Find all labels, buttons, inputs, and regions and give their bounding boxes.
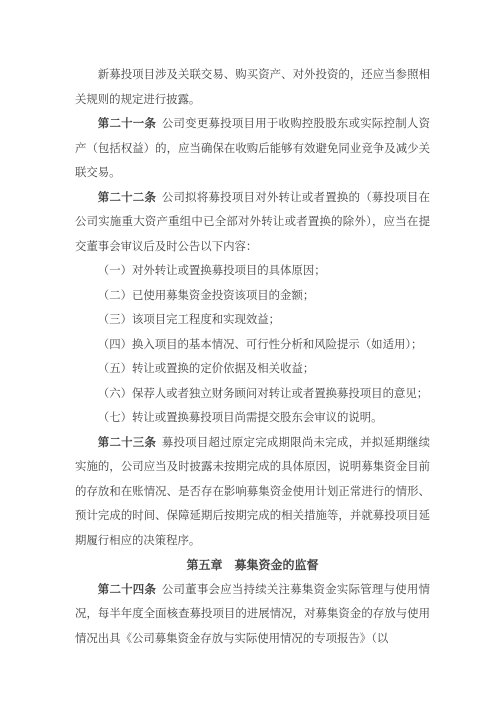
document-page: 新募投项目涉及关联交易、购买资产、对外投资的，还应当参照相关规则的规定进行披露。… (0, 0, 500, 707)
list-item-text: （三）该项目完工程度和实现效益； (98, 314, 280, 326)
list-item-text: （七）转让或置换募投项目尚需提交股东会审议的说明。 (98, 412, 383, 424)
list-item: （四）换入项目的基本情况、可行性分析和风险提示（如适用）； (75, 333, 430, 358)
article-number: 第二十三条 (98, 437, 156, 449)
article-paragraph: 第二十一条公司变更募投项目用于收购控股股东或实际控制人资产（包括权益）的，应当确… (75, 112, 430, 186)
list-item: （三）该项目完工程度和实现效益； (75, 308, 430, 333)
chapter-heading-text: 第五章 募集资金的监督 (186, 558, 318, 572)
list-item-text: （二）已使用募集资金投资该项目的金额； (98, 290, 314, 302)
list-item-text: （六）保荐人或者独立财务顾问对转让或者置换募投项目的意见； (98, 388, 428, 400)
paragraph-text: 新募投项目涉及关联交易、购买资产、对外投资的，还应当参照相关规则的规定进行披露。 (75, 69, 430, 106)
list-item-text: （一）对外转让或置换募投项目的具体原因； (98, 265, 326, 277)
list-item: （六）保荐人或者独立财务顾问对转让或者置换募投项目的意见； (75, 382, 430, 407)
list-item: （二）已使用募集资金投资该项目的金额； (75, 284, 430, 309)
document-content: 新募投项目涉及关联交易、购买资产、对外投资的，还应当参照相关规则的规定进行披露。… (75, 63, 430, 651)
article-number: 第二十四条 (98, 584, 156, 596)
article-paragraph: 第二十四条公司董事会应当持续关注募集资金实际管理与使用情况，每半年度全面核查募投… (75, 578, 430, 652)
list-item: （七）转让或置换募投项目尚需提交股东会审议的说明。 (75, 406, 430, 431)
list-item: （五）转让或置换的定价依据及相关收益； (75, 357, 430, 382)
paragraph: 新募投项目涉及关联交易、购买资产、对外投资的，还应当参照相关规则的规定进行披露。 (75, 63, 430, 112)
article-number: 第二十二条 (98, 192, 156, 204)
article-text: 募投项目超过原定完成期限尚未完成，并拟延期继续实施的，公司应当及时披露未按期完成… (75, 437, 430, 547)
article-number: 第二十一条 (98, 118, 156, 130)
list-item: （一）对外转让或置换募投项目的具体原因； (75, 259, 430, 284)
list-item-text: （四）换入项目的基本情况、可行性分析和风险提示（如适用）； (98, 339, 423, 351)
chapter-heading: 第五章 募集资金的监督 (75, 553, 430, 578)
list-item-text: （五）转让或置换的定价依据及相关收益； (98, 363, 314, 375)
article-paragraph: 第二十二条公司拟将募投项目对外转让或者置换的（募投项目在公司实施重大资产重组中已… (75, 186, 430, 260)
article-paragraph: 第二十三条募投项目超过原定完成期限尚未完成，并拟延期继续实施的，公司应当及时披露… (75, 431, 430, 554)
